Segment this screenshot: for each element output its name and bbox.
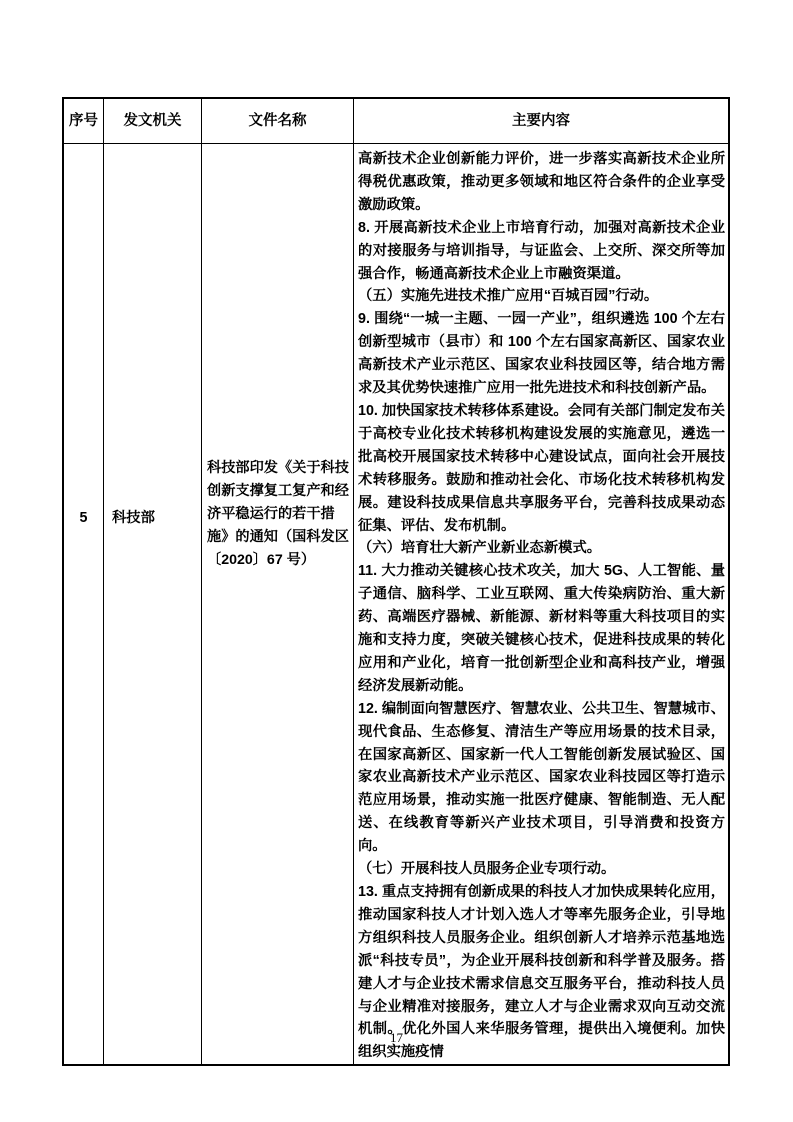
- content-paragraph: 9. 围绕“一城一主题、一园一产业”，组织遴选 100 个左右创新型城市（县市）…: [358, 308, 725, 400]
- agency-name: 科技部: [112, 510, 155, 526]
- header-label-agency: 发文机关: [124, 112, 182, 131]
- page-number: 17: [0, 1030, 793, 1046]
- header-label-content: 主要内容: [512, 112, 570, 131]
- row-index-value: 5: [80, 510, 88, 526]
- content-paragraph: 12. 编制面向智慧医疗、智慧农业、公共卫生、智慧城市、现代食品、生态修复、清洁…: [358, 698, 725, 858]
- header-cell-content: 主要内容: [353, 99, 728, 143]
- content-paragraph: 10. 加快国家技术转移体系建设。会同有关部门制定发布关于高校专业化技术转移机构…: [358, 400, 725, 537]
- header-label-document: 文件名称: [249, 112, 307, 131]
- row-index-cell: 5: [64, 143, 103, 1064]
- main-content-cell: 高新技术企业创新能力评价，进一步落实高新技术企业所得税优惠政策，推动更多领域和地…: [353, 143, 728, 1064]
- header-label-index: 序号: [69, 112, 98, 131]
- content-paragraph: 高新技术企业创新能力评价，进一步落实高新技术企业所得税优惠政策，推动更多领域和地…: [358, 148, 725, 217]
- policy-table: 序号 发文机关 文件名称 主要内容 5 科技部 科技部印发《关于科技创新支撑复工…: [62, 97, 730, 1066]
- content-paragraph: （六）培育壮大新产业新业态新模式。: [358, 537, 725, 560]
- header-cell-document: 文件名称: [201, 99, 353, 143]
- agency-cell: 科技部: [103, 143, 201, 1064]
- document-page: 序号 发文机关 文件名称 主要内容 5 科技部 科技部印发《关于科技创新支撑复工…: [0, 0, 793, 1122]
- content-paragraph: （七）开展科技人员服务企业专项行动。: [358, 858, 725, 881]
- content-paragraph: 11. 大力推动关键核心技术攻关，加大 5G、人工智能、量子通信、脑科学、工业互…: [358, 560, 725, 697]
- document-title: 科技部印发《关于科技创新支撑复工复产和经济平稳运行的若干措施》的通知（国科发区〔…: [207, 460, 349, 568]
- document-title-cell: 科技部印发《关于科技创新支撑复工复产和经济平稳运行的若干措施》的通知（国科发区〔…: [201, 143, 353, 1064]
- header-cell-index: 序号: [64, 99, 103, 143]
- header-cell-agency: 发文机关: [103, 99, 201, 143]
- content-paragraph: 8. 开展高新技术企业上市培育行动，加强对高新技术企业的对接服务与培训指导，与证…: [358, 217, 725, 286]
- content-paragraph: （五）实施先进技术推广应用“百城百园”行动。: [358, 285, 725, 308]
